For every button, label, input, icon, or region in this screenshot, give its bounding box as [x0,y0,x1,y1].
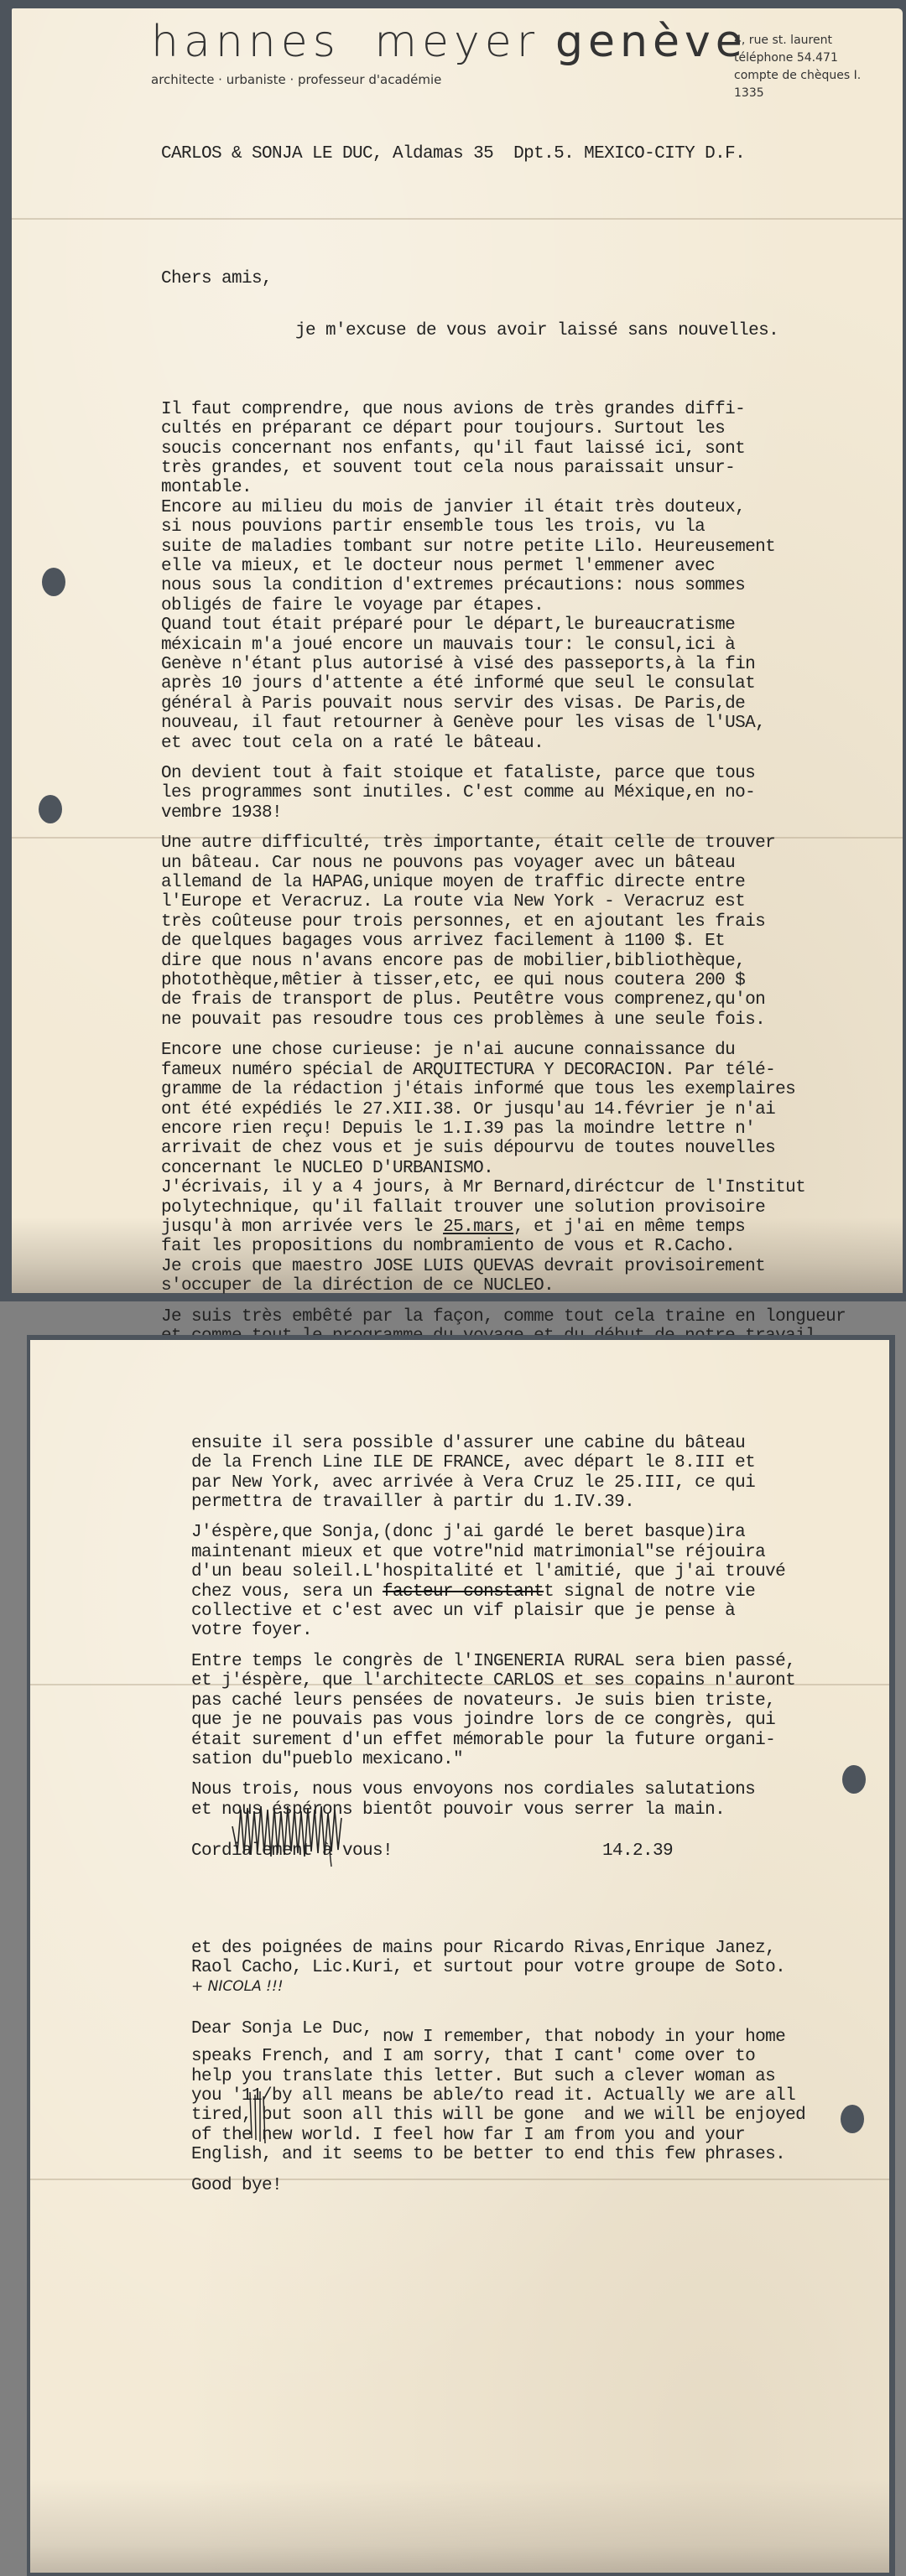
text-line: Je crois que maestro JOSE LUIS QUEVAS de… [161,1257,846,1276]
text-line: pas caché leurs pensées de novateurs. Je… [191,1691,805,1711]
text-line: si nous pouvions partir ensemble tous le… [161,517,846,537]
address-line: 4, rue st. laurent [734,32,889,49]
english-first-line: now I remember, that nobody in your home [372,2028,785,2047]
struck-out-text: facteur constant [383,1582,544,1602]
text-line: ont été expédiés le 27.XII.38. Or jusqu'… [161,1100,846,1119]
text-line: nous sous la condition d'extremes précau… [161,576,846,595]
english-line: help you translate this letter. But such… [191,2067,805,2086]
text-line: maintenant mieux et que votre"nid matrim… [191,1543,805,1562]
text-line: collective et c'est avec un vif plaisir … [191,1602,805,1621]
text-line: jusqu'à mon arrivée vers le 25.mars, et … [161,1218,846,1237]
text-line: J'éspère,que Sonja,(donc j'ai gardé le b… [191,1523,805,1542]
text-fragment: t signal de notre vie [544,1582,755,1602]
recipient-line: CARLOS & SONJA LE DUC, Aldamas 35 Dpt.5.… [161,144,846,164]
text-line: fameux numéro spécial de ARQUITECTURA Y … [161,1061,846,1080]
text-line: les programmes sont inutiles. C'est comm… [161,783,846,802]
text-line: obligés de faire le voyage par étapes. [161,596,846,615]
page-1-paragraphs: Il faut comprendre, que nous avions de t… [161,400,846,1495]
punch-hole [842,1765,866,1794]
text-line: photothèque,mêtier à tisser,etc, ee qui … [161,971,846,990]
text-line: Il faut comprendre, que nous avions de t… [161,400,846,419]
page-1-body: CARLOS & SONJA LE DUC, Aldamas 35 Dpt.5.… [161,88,846,1534]
underlined-date: 25.mars [443,1218,513,1237]
text-line: soucis concernant nos enfants, qu'il fau… [161,439,846,459]
paragraph-gap [161,1030,846,1041]
text-fragment: chez vous, sera un [191,1582,383,1602]
text-line: après 10 jours d'attente a été informé q… [161,674,846,693]
text-line: Une autre difficulté, très importante, é… [161,834,846,853]
text-line: ne pouvait pas resoudre tous ces problèm… [161,1010,846,1030]
text-line: Encore une chose curieuse: je n'ai aucun… [161,1041,846,1060]
text-line: général à Paris pouvait nous servir des … [161,694,846,714]
letterhead-subtitle: architecte · urbaniste · professeur d'ac… [151,72,441,87]
punch-hole [841,2105,864,2133]
text-line: Entre temps le congrès de l'INGENERIA RU… [191,1652,805,1671]
text-line: ensuite il sera possible d'assurer une c… [191,1434,805,1453]
punch-hole [42,568,65,596]
paragraph-gap [161,753,846,764]
text-line: de la French Line ILE DE FRANCE, avec dé… [191,1453,805,1472]
paragraph-gap [191,1997,805,2008]
text-line: d'un beau soleil.L'hospitalité et l'amit… [191,1562,805,1581]
letterhead-name: hannes meyer [151,17,539,67]
salutation-continued: je m'excuse de vous avoir laissé sans no… [295,321,846,340]
salutation: Chers amis, [161,269,846,288]
text-line: très grandes, et souvent tout cela nous … [161,459,846,478]
text-line: arrivait de chez vous et je suis dépourv… [161,1139,846,1158]
text-line: Genève n'étant plus autorisé à visé des … [161,655,846,674]
text-line: s'occuper de la diréction de ce NUCLEO. [161,1276,846,1296]
english-line: English, and it seems to be better to en… [191,2145,805,2164]
text-line: et j'éspère, que l'architecte CARLOS et … [191,1671,805,1690]
postscript-line: Raol Cacho, Lic.Kuri, et surtout pour vo… [191,1958,805,1977]
text-line: vembre 1938! [161,803,846,823]
paragraph-gap [191,2008,805,2019]
text-line: l'Europe et Veracruz. La route via New Y… [161,892,846,911]
english-line: speaks French, and I am sorry, that I ca… [191,2047,805,2066]
text-line: permettra de travailler à partir du 1.IV… [191,1493,805,1512]
text-line: concernant le NUCLEO D'URBANISMO. [161,1159,846,1178]
text-line: de quelques bagages vous arrivez facilem… [161,932,846,951]
english-salutation: Dear Sonja Le Duc, [191,2019,372,2038]
text-line: très coûteuse pour trois personnes, et e… [161,912,846,932]
text-line: et avec tout cela on a raté le bâteau. [161,734,846,753]
text-line: polytechnique, qu'il fallait trouver une… [161,1198,846,1218]
text-line: elle va mieux, et le docteur nous permet… [161,557,846,576]
text-line: était surement d'un effet mémorable pour… [191,1731,805,1750]
text-line: par New York, avec arrivée à Vera Cruz l… [191,1473,805,1493]
paragraph-gap [161,823,846,834]
english-salutation-line: Dear Sonja Le Duc, now I remember, that … [191,2019,805,2038]
text-line: gramme de la rédaction j'étais informé q… [161,1080,846,1099]
text-line: Nous trois, nous vous envoyons nos cordi… [191,1780,805,1800]
punch-hole [39,795,62,823]
text-line: que je ne pouvais pas vous joindre lors … [191,1711,805,1730]
paragraph-gap [191,1769,805,1780]
signature-space [191,1862,805,1939]
text-line: montable. [161,478,846,497]
text-fragment: jusqu'à mon arrivée vers le [161,1218,443,1237]
signature-icon [231,1801,352,1868]
text-line: allemand de la HAPAG,unique moyen de tra… [161,873,846,892]
text-line: de frais de transport de plus. Peutêtre … [161,990,846,1010]
address-line: téléphone 54.471 [734,49,889,67]
text-line: Quand tout était préparé pour le départ,… [161,615,846,635]
text-line: méxicain m'a joué encore un mauvais tour… [161,636,846,655]
text-line: un bâteau. Car nous ne pouvons pas voyag… [161,854,846,873]
letterhead-city: genève [555,17,747,67]
text-line: votre foyer. [191,1621,805,1640]
text-line: On devient tout à fait stoique et fatali… [161,764,846,783]
text-line: dire que nous n'avans encore pas de mobi… [161,952,846,971]
text-line: cultés en préparant ce départ pour toujo… [161,419,846,439]
initials-signature-icon [243,2088,294,2147]
text-line: J'écrivais, il y a 4 jours, à Mr Bernard… [161,1178,846,1197]
postscript-line: et des poignées de mains pour Ricardo Ri… [191,1939,805,1958]
text-line: chez vous, sera un facteur constantt sig… [191,1582,805,1602]
page-1-scan: hannes meyer genève architecte · urbanis… [0,0,906,1301]
text-line: sation du"pueblo mexicano." [191,1750,805,1769]
text-line: nouveau, il faut retourner à Genève pour… [161,714,846,733]
text-line: fait les propositions du nombramiento de… [161,1237,846,1256]
paragraph-gap [191,1641,805,1652]
text-fragment: , et j'ai en même temps [513,1218,745,1237]
paragraph-gap [191,2165,805,2176]
text-line: Je suis très embêté par la façon, comme … [161,1307,846,1327]
text-line: suite de maladies tombant sur notre peti… [161,538,846,557]
text-line: Encore au milieu du mois de janvier il é… [161,498,846,517]
paragraph-gap [191,1512,805,1523]
goodbye: Good bye! [191,2176,805,2195]
letter-date: 14.2.39 [602,1841,673,1861]
torn-edge [30,2480,889,2573]
paragraph-gap [161,1296,846,1307]
text-line: encore rien reçu! Depuis le 1.I.39 pas l… [161,1119,846,1139]
handwritten-note: + NICOLA !!! [191,1977,805,1997]
